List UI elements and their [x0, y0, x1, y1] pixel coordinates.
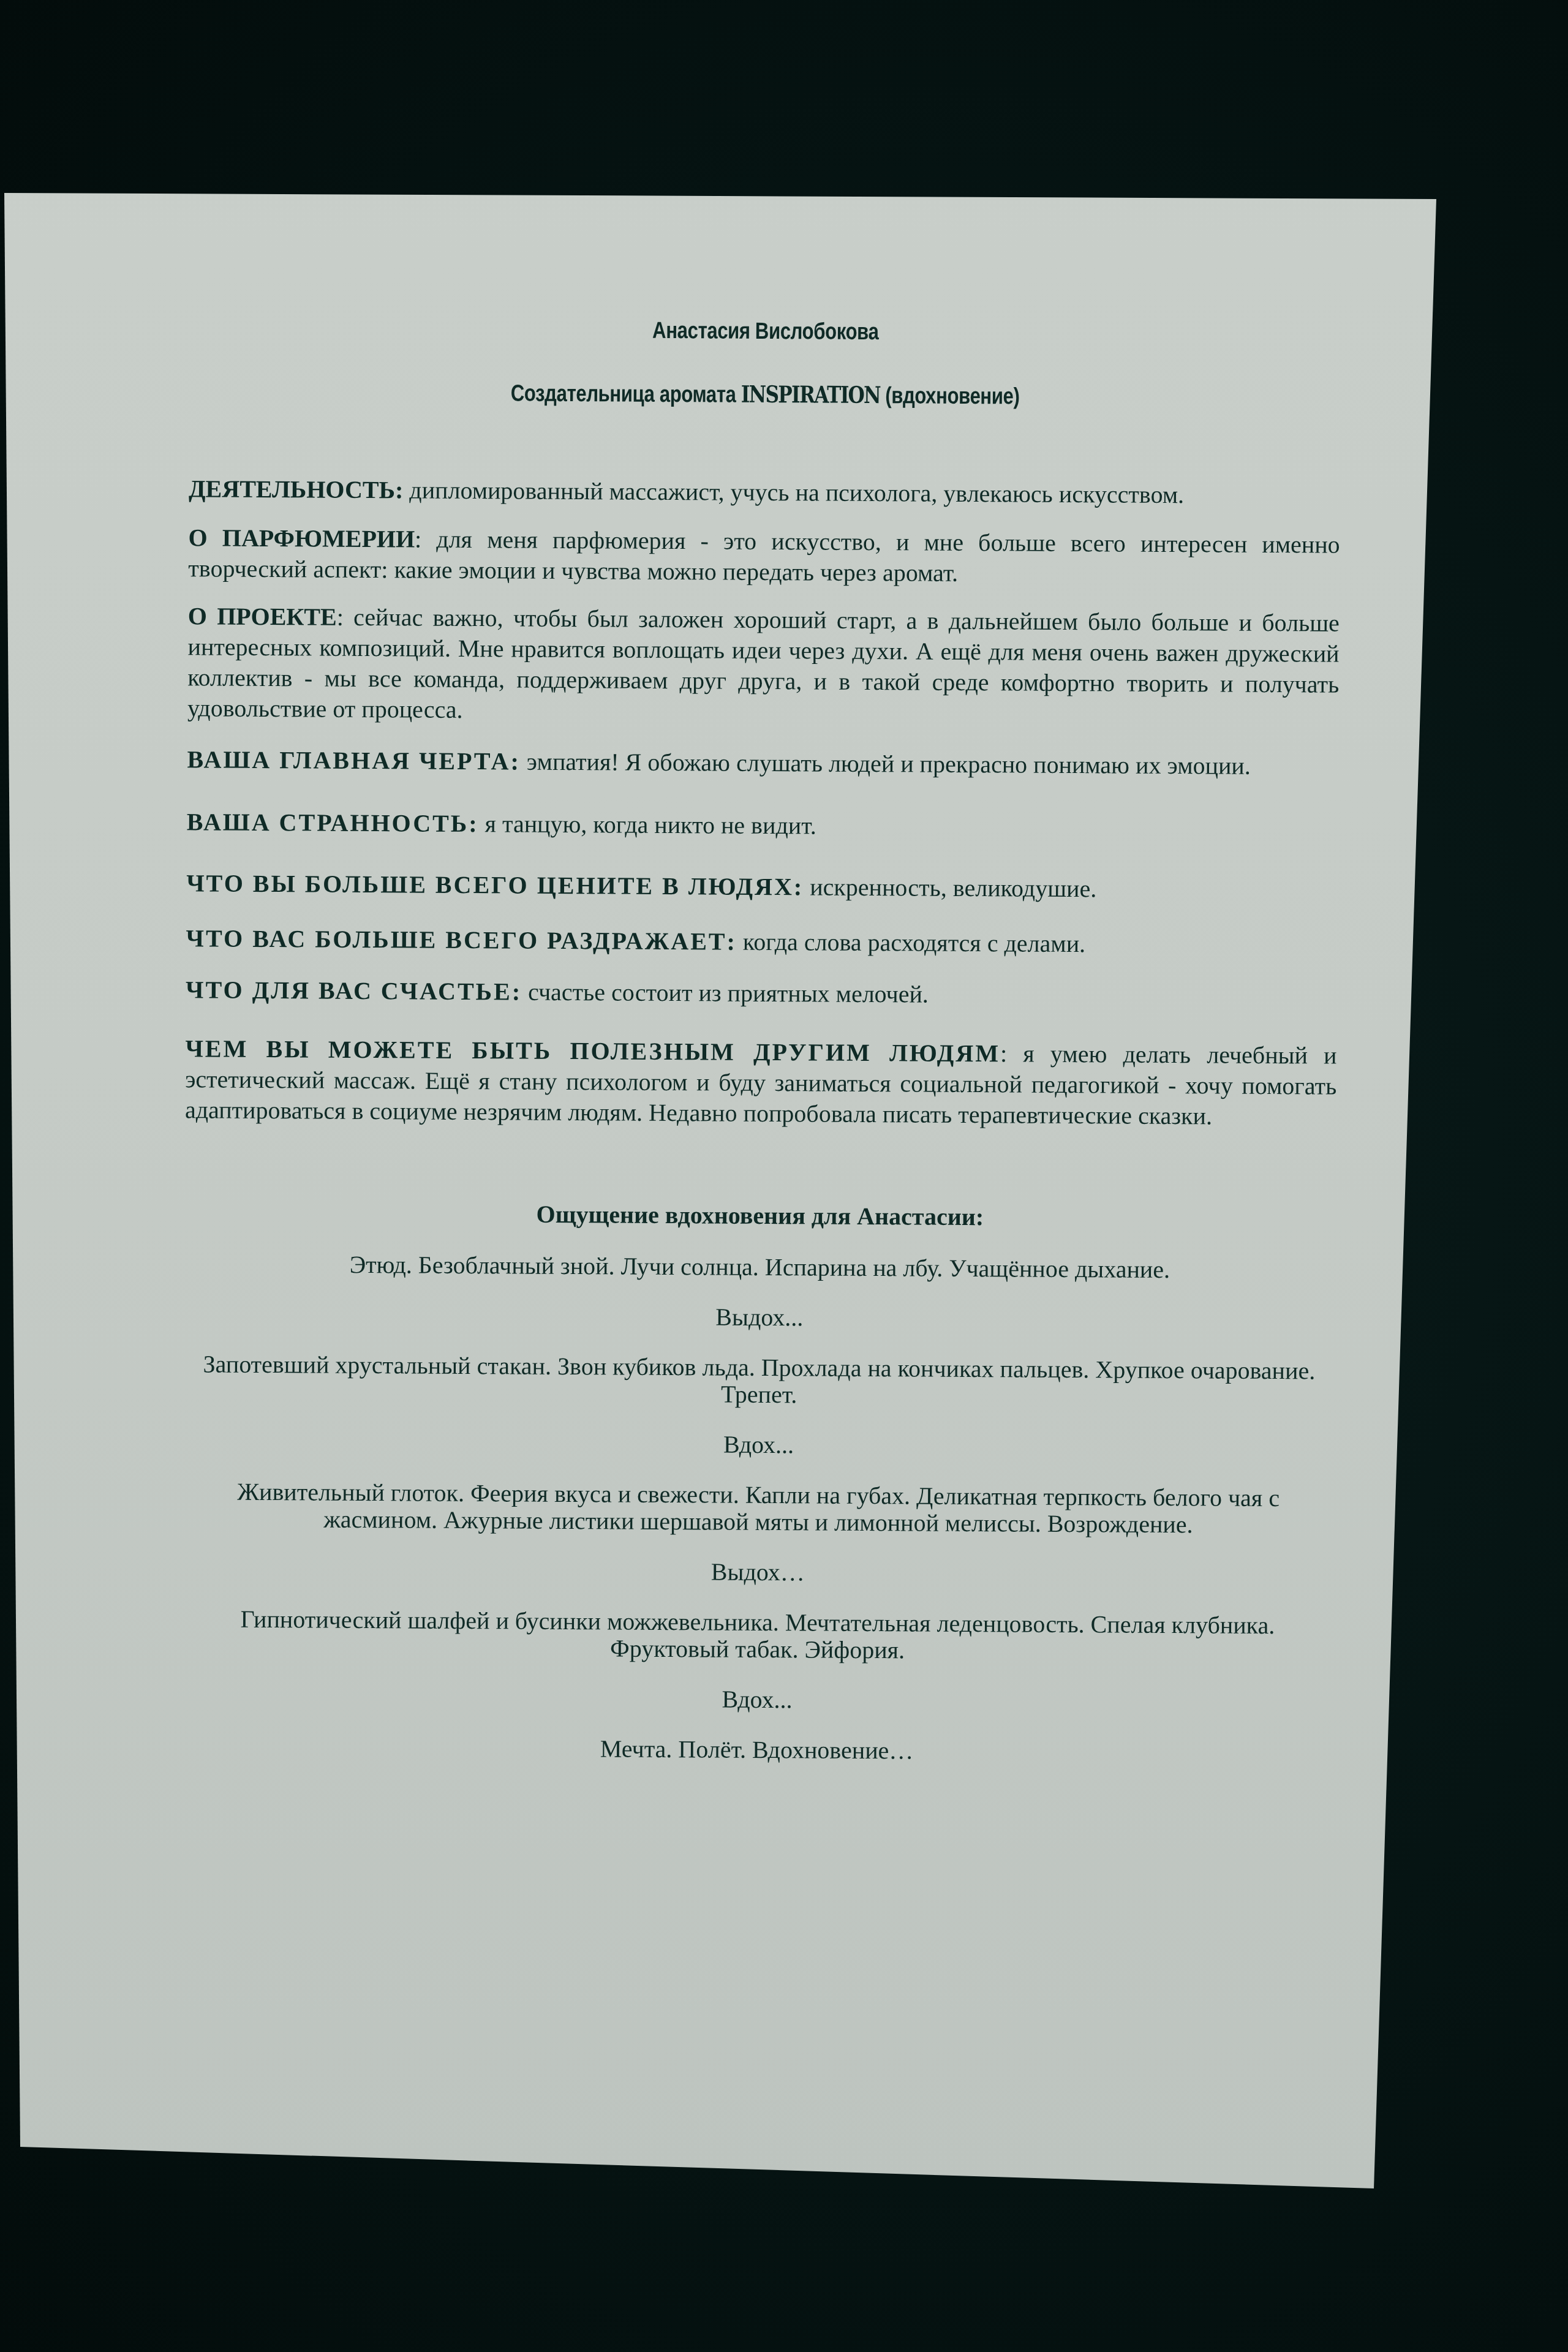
section-text: эмпатия! Я обожаю слушать людей и прекра…: [521, 748, 1251, 780]
section-activity: ДЕЯТЕЛЬНОСТЬ: дипломированный массажист,…: [189, 473, 1340, 511]
poem-line: Живительный глоток. Феерия вкуса и свеже…: [183, 1478, 1335, 1539]
section-label: ЧТО ВЫ БОЛЬШЕ ВСЕГО ЦЕНИТЕ В ЛЮДЯХ:: [186, 869, 804, 900]
section-label: ЧТО ДЛЯ ВАС СЧАСТЬЕ:: [186, 976, 522, 1005]
section-usefulness: ЧЕМ ВЫ МОЖЕТЕ БЫТЬ ПОЛЕЗНЫМ ДРУГИМ ЛЮДЯМ…: [185, 1033, 1337, 1132]
poem-line: Гипнотический шалфей и бусинки можжевель…: [181, 1605, 1333, 1666]
section-perfumery: О ПАРФЮМЕРИИ: для меня парфюмерия - это …: [188, 522, 1340, 590]
poem-line: Вдох...: [181, 1683, 1333, 1716]
subtitle-suffix: (вдохновение): [880, 383, 1020, 409]
section-main-trait: ВАША ГЛАВНАЯ ЧЕРТА: эмпатия! Я обожаю сл…: [187, 744, 1338, 782]
section-label: О ПРОЕКТЕ: [188, 602, 337, 630]
section-label: О ПАРФЮМЕРИИ: [189, 524, 415, 552]
subtitle-prefix: Создательница аромата: [511, 380, 741, 407]
poem-line: Выдох...: [184, 1300, 1335, 1334]
poem-line: Выдох…: [182, 1555, 1333, 1589]
document-content: Анастасия Вислобокова Создательница аром…: [181, 303, 1341, 1766]
section-text: искренность, великодушие.: [804, 873, 1096, 902]
author-name: Анастасия Вислобокова: [293, 315, 1238, 347]
section-label: ВАША СТРАННОСТЬ:: [187, 808, 479, 837]
section-text: счастье состоит из приятных мелочей.: [522, 978, 929, 1008]
section-text: я танцую, когда никто не видит.: [478, 810, 816, 839]
section-valued-in-people: ЧТО ВЫ БОЛЬШЕ ВСЕГО ЦЕНИТЕ В ЛЮДЯХ: искр…: [186, 868, 1338, 905]
section-label: ДЕЯТЕЛЬНОСТЬ:: [189, 475, 403, 503]
document-subtitle: Создательница аромата INSPIRATION (вдохн…: [293, 377, 1237, 411]
section-text: дипломированный массажист, учусь на псих…: [403, 476, 1184, 508]
section-label: ЧЕМ ВЫ МОЖЕТЕ БЫТЬ ПОЛЕЗНЫМ ДРУГИМ ЛЮДЯМ: [185, 1035, 1000, 1067]
section-label: ЧТО ВАС БОЛЬШЕ ВСЕГО РАЗДРАЖАЕТ:: [186, 924, 737, 955]
section-irritates: ЧТО ВАС БОЛЬШЕ ВСЕГО РАЗДРАЖАЕТ: когда с…: [186, 923, 1338, 960]
poem-line: Этюд. Безоблачный зной. Лучи солнца. Исп…: [184, 1250, 1335, 1284]
section-text: когда слова расходятся с делами.: [737, 928, 1085, 957]
poem-line: Вдох...: [183, 1428, 1335, 1461]
poem-title: Ощущение вдохновения для Анастасии:: [184, 1199, 1336, 1232]
section-oddity: ВАША СТРАННОСТЬ: я танцую, когда никто н…: [187, 807, 1338, 844]
poem-line: Запотевший хрустальный стакан. Звон куби…: [183, 1351, 1335, 1411]
fragrance-name: INSPIRATION: [741, 380, 881, 409]
section-happiness: ЧТО ДЛЯ ВАС СЧАСТЬЕ: счастье состоит из …: [186, 974, 1337, 1012]
section-label: ВАША ГЛАВНАЯ ЧЕРТА:: [187, 745, 521, 775]
section-project: О ПРОЕКТЕ: сейчас важно, чтобы был залож…: [187, 601, 1340, 730]
section-text: : сейчас важно, чтобы был заложен хороши…: [187, 603, 1340, 723]
